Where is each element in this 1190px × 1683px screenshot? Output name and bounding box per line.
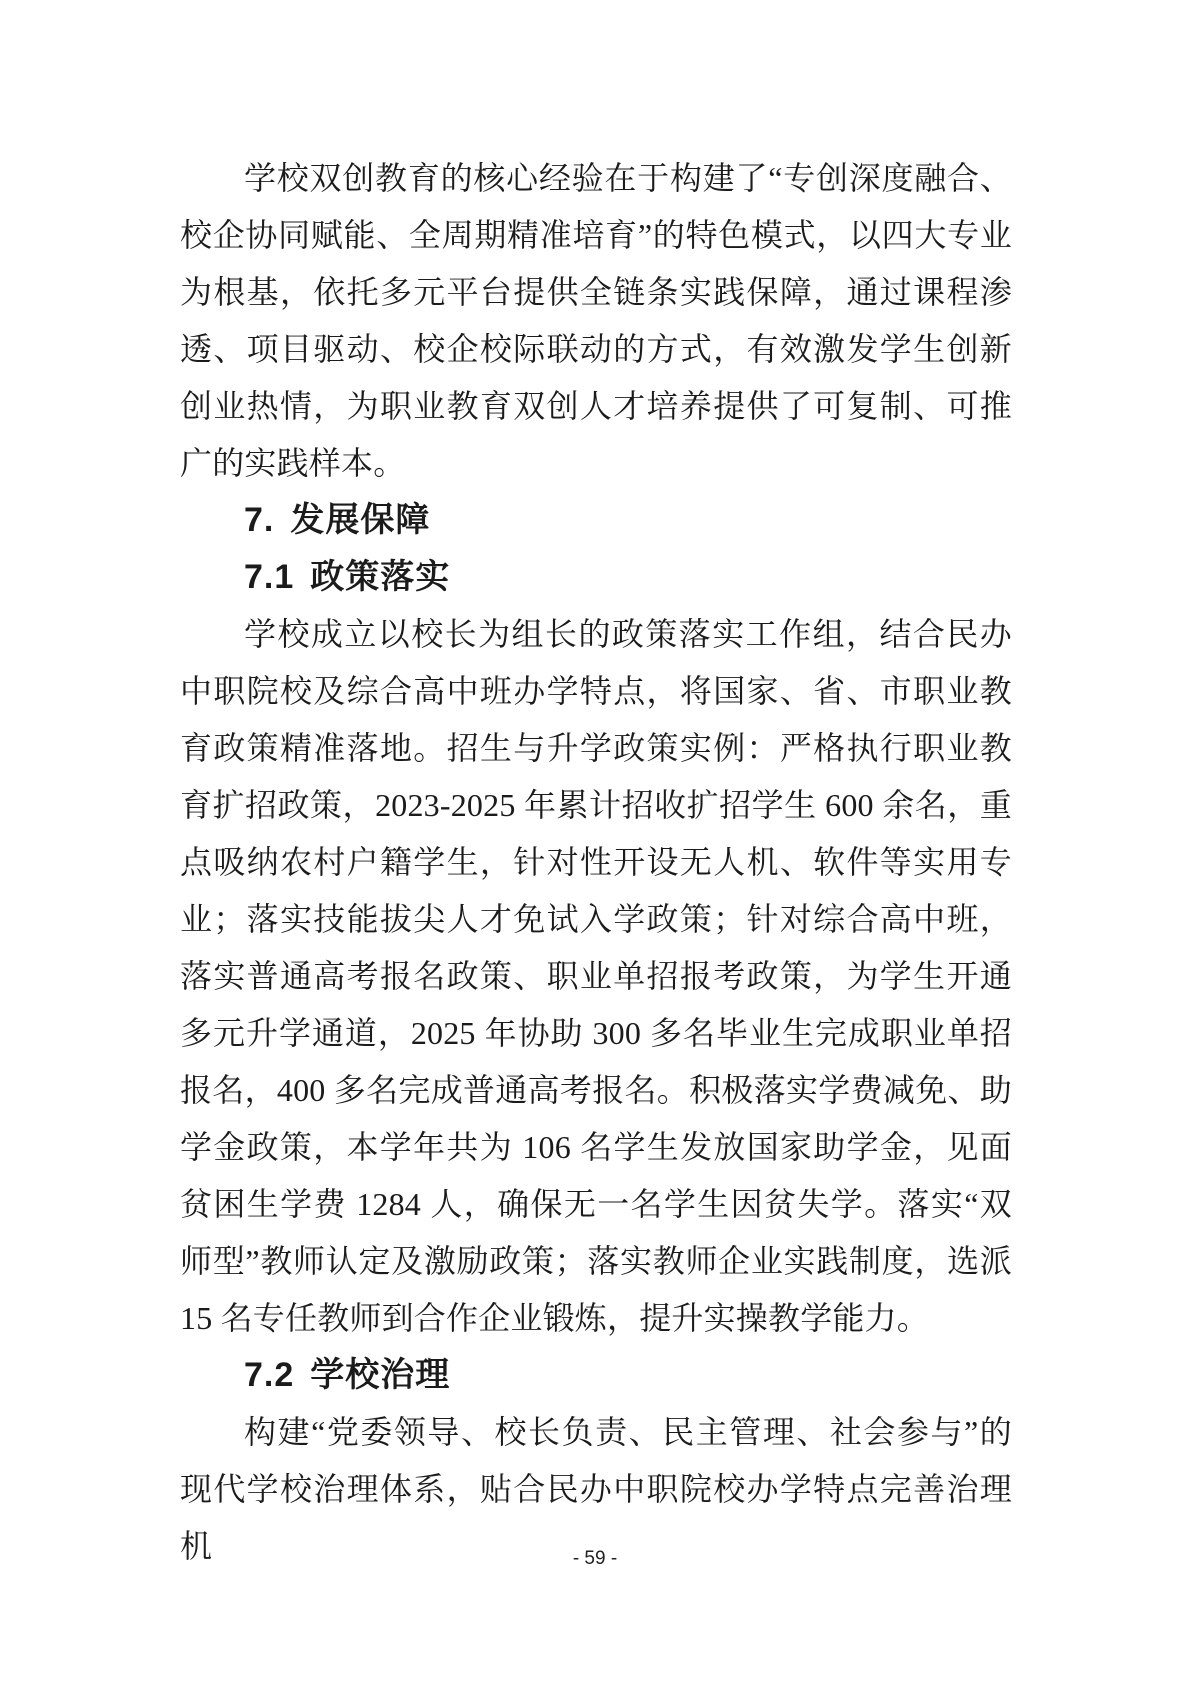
subsection-heading-7-2: 7.2学校治理 bbox=[180, 1347, 1012, 1404]
heading-number: 7.1 bbox=[244, 558, 294, 596]
page-content: 学校双创教育的核心经验在于构建了“专创深度融合、校企协同赋能、全周期精准培育”的… bbox=[180, 150, 1012, 1575]
heading-number: 7.2 bbox=[244, 1356, 294, 1394]
document-page: 学校双创教育的核心经验在于构建了“专创深度融合、校企协同赋能、全周期精准培育”的… bbox=[0, 0, 1190, 1683]
heading-title: 发展保障 bbox=[290, 501, 430, 539]
subsection-heading-7-1: 7.1政策落实 bbox=[180, 549, 1012, 606]
paragraph-policy-implementation: 学校成立以校长为组长的政策落实工作组，结合民办中职院校及综合高中班办学特点，将国… bbox=[180, 606, 1012, 1347]
heading-number: 7. bbox=[244, 501, 274, 539]
heading-title: 政策落实 bbox=[310, 559, 450, 596]
page-number: - 59 - bbox=[0, 1548, 1190, 1570]
section-heading-7: 7.发展保障 bbox=[180, 492, 1012, 549]
paragraph-dual-creation-summary: 学校双创教育的核心经验在于构建了“专创深度融合、校企协同赋能、全周期精准培育”的… bbox=[180, 150, 1012, 492]
heading-title: 学校治理 bbox=[310, 1357, 450, 1394]
